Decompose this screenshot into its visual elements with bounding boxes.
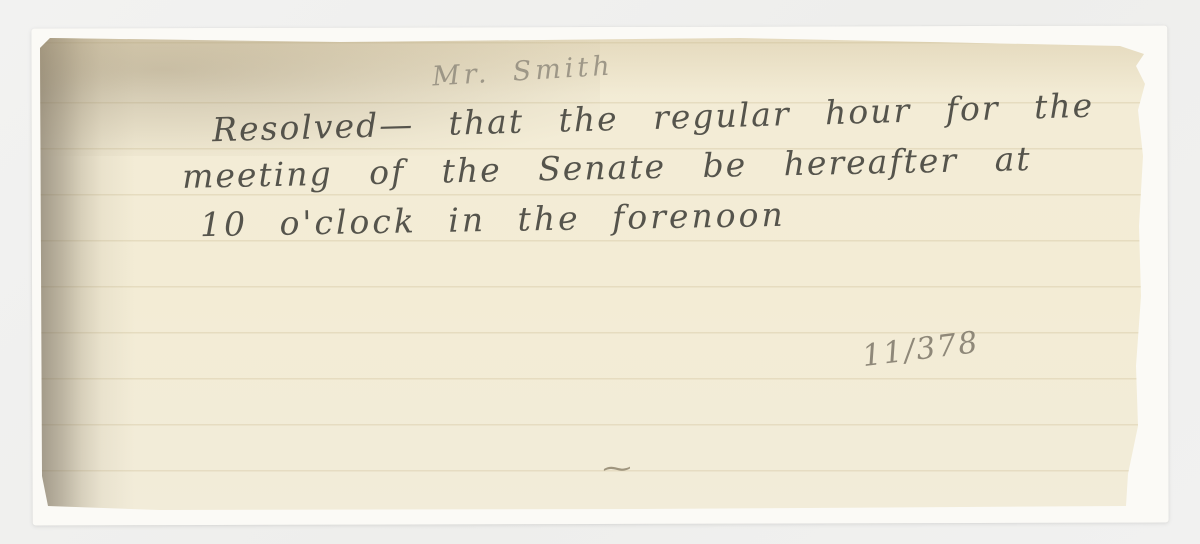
ruled-lines [40, 36, 1146, 510]
scan-background: Mr. Smith Resolved— that the regular hou… [0, 0, 1200, 544]
body-text-line-3: 10 o'clock in the forenoon [200, 195, 786, 244]
archival-page-number: 11/378 [860, 325, 981, 374]
paper-left-edge-discoloration [40, 36, 250, 510]
paper-top-discoloration [40, 36, 1146, 94]
body-text-line-1: Resolved— that the regular hour for the [212, 86, 1095, 150]
annotation-author-name: Mr. Smith [431, 50, 614, 92]
squiggle-mark: ∼ [599, 454, 634, 484]
paper-corner-smudge [40, 36, 600, 156]
body-text-line-2: meeting of the Senate be hereafter at [182, 139, 1032, 196]
document-paper: Mr. Smith Resolved— that the regular hou… [40, 36, 1146, 510]
